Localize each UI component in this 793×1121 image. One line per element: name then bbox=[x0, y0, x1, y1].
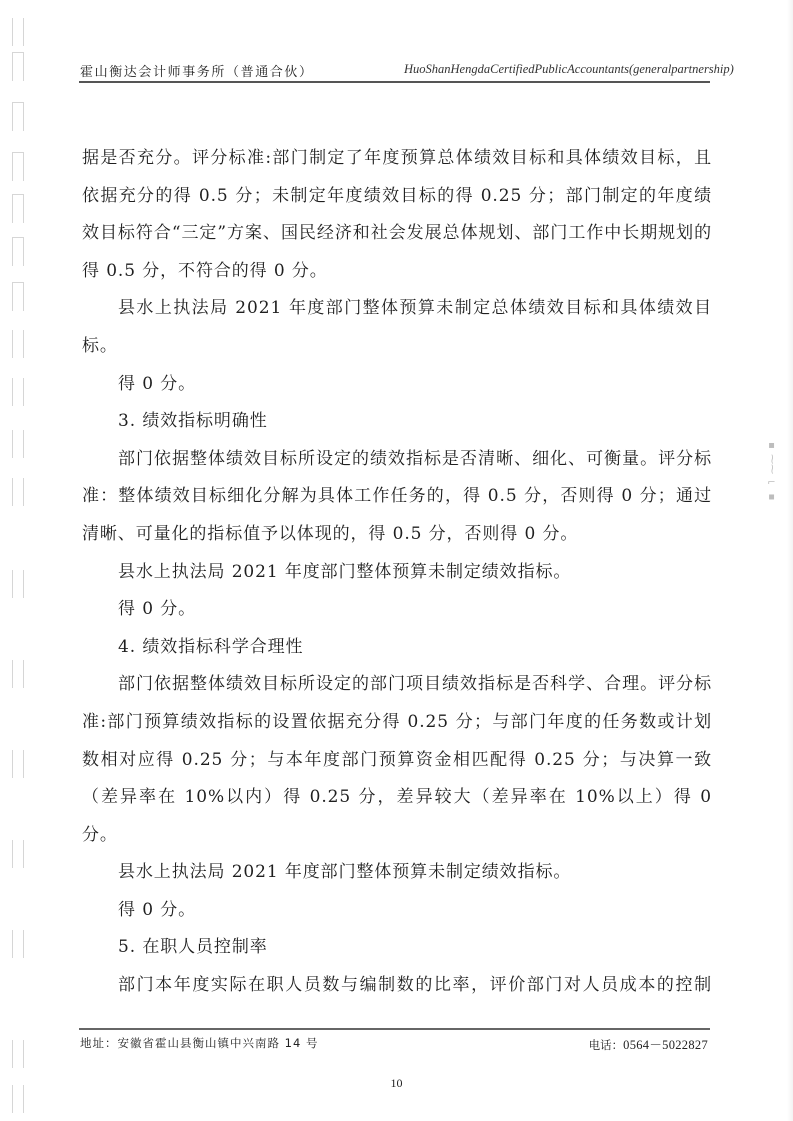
binding-mark bbox=[12, 152, 24, 181]
binding-mark bbox=[12, 660, 24, 688]
paragraph-scoring-criteria-targets: 据是否充分。评分标准:部门制定了年度预算总体绩效目标和具体绩效目标，且依据充分的… bbox=[82, 140, 712, 290]
page-number: 10 bbox=[0, 1076, 793, 1091]
footer-divider bbox=[79, 1028, 710, 1030]
paragraph-staff-control-rate: 部门本年度实际在职人员数与编制数的比率，评价部门对人员成本的控制 bbox=[82, 967, 712, 1005]
section-heading-3: 3. 绩效指标明确性 bbox=[82, 403, 712, 441]
scan-artefact: ▪ ⁓⁓ ⌐ ▪ bbox=[766, 440, 778, 530]
phone-value: 0564－5022827 bbox=[623, 1038, 708, 1052]
binding-mark bbox=[12, 430, 24, 458]
binding-mark bbox=[12, 570, 24, 598]
binding-mark bbox=[12, 102, 24, 131]
paragraph-finding-indicators: 县水上执法局 2021 年度部门整体预算未制定绩效指标。 bbox=[82, 854, 712, 892]
document-page: ▪ ⁓⁓ ⌐ ▪ 霍山衡达会计师事务所（普通合伙） HuoShanHengdaC… bbox=[0, 0, 793, 1121]
header-firm-name-cn: 霍山衡达会计师事务所（普通合伙） bbox=[80, 61, 314, 80]
footer-address: 地址：安徽省霍山县衡山镇中兴南路 14 号 bbox=[80, 1035, 318, 1051]
binding-mark bbox=[12, 237, 24, 266]
section-heading-4: 4. 绩效指标科学合理性 bbox=[82, 629, 712, 667]
paragraph-indicator-clarity: 部门依据整体绩效目标所设定的绩效指标是否清晰、细化、可衡量。评分标准：整体绩效目… bbox=[82, 441, 712, 554]
paragraph-indicator-rationality: 部门依据整体绩效目标所设定的部门项目绩效指标是否科学、合理。评分标准:部门预算绩… bbox=[82, 666, 712, 854]
binding-marks bbox=[12, 0, 26, 1121]
binding-mark bbox=[12, 930, 24, 958]
phone-label: 电话： bbox=[589, 1038, 624, 1052]
binding-mark bbox=[12, 282, 24, 311]
paragraph-score: 得 0 分。 bbox=[82, 892, 712, 930]
header-firm-name-en: HuoShanHengdaCertifiedPublicAccountants(… bbox=[404, 62, 710, 77]
address-label: 地址： bbox=[80, 1036, 118, 1050]
binding-mark bbox=[12, 194, 24, 223]
body-text: 据是否充分。评分标准:部门制定了年度预算总体绩效目标和具体绩效目标，且依据充分的… bbox=[82, 140, 712, 1005]
binding-mark bbox=[12, 840, 24, 868]
address-value: 安徽省霍山县衡山镇中兴南路 14 号 bbox=[118, 1036, 319, 1050]
paragraph-finding-indicators: 县水上执法局 2021 年度部门整体预算未制定绩效指标。 bbox=[82, 554, 712, 592]
binding-mark bbox=[12, 1040, 24, 1068]
section-heading-5: 5. 在职人员控制率 bbox=[82, 929, 712, 967]
binding-mark bbox=[12, 478, 24, 506]
header-divider bbox=[79, 81, 710, 83]
binding-mark bbox=[12, 18, 24, 46]
binding-mark bbox=[12, 330, 24, 358]
paragraph-score: 得 0 分。 bbox=[82, 591, 712, 629]
footer-phone: 电话：0564－5022827 bbox=[540, 1035, 708, 1053]
page-edge-shadow bbox=[787, 0, 793, 1121]
paragraph-finding-targets: 县水上执法局 2021 年度部门整体预算未制定总体绩效目标和具体绩效目标。 bbox=[82, 290, 712, 365]
paragraph-score: 得 0 分。 bbox=[82, 366, 712, 404]
binding-mark bbox=[12, 52, 24, 81]
binding-mark bbox=[12, 378, 24, 406]
binding-mark bbox=[12, 750, 24, 778]
